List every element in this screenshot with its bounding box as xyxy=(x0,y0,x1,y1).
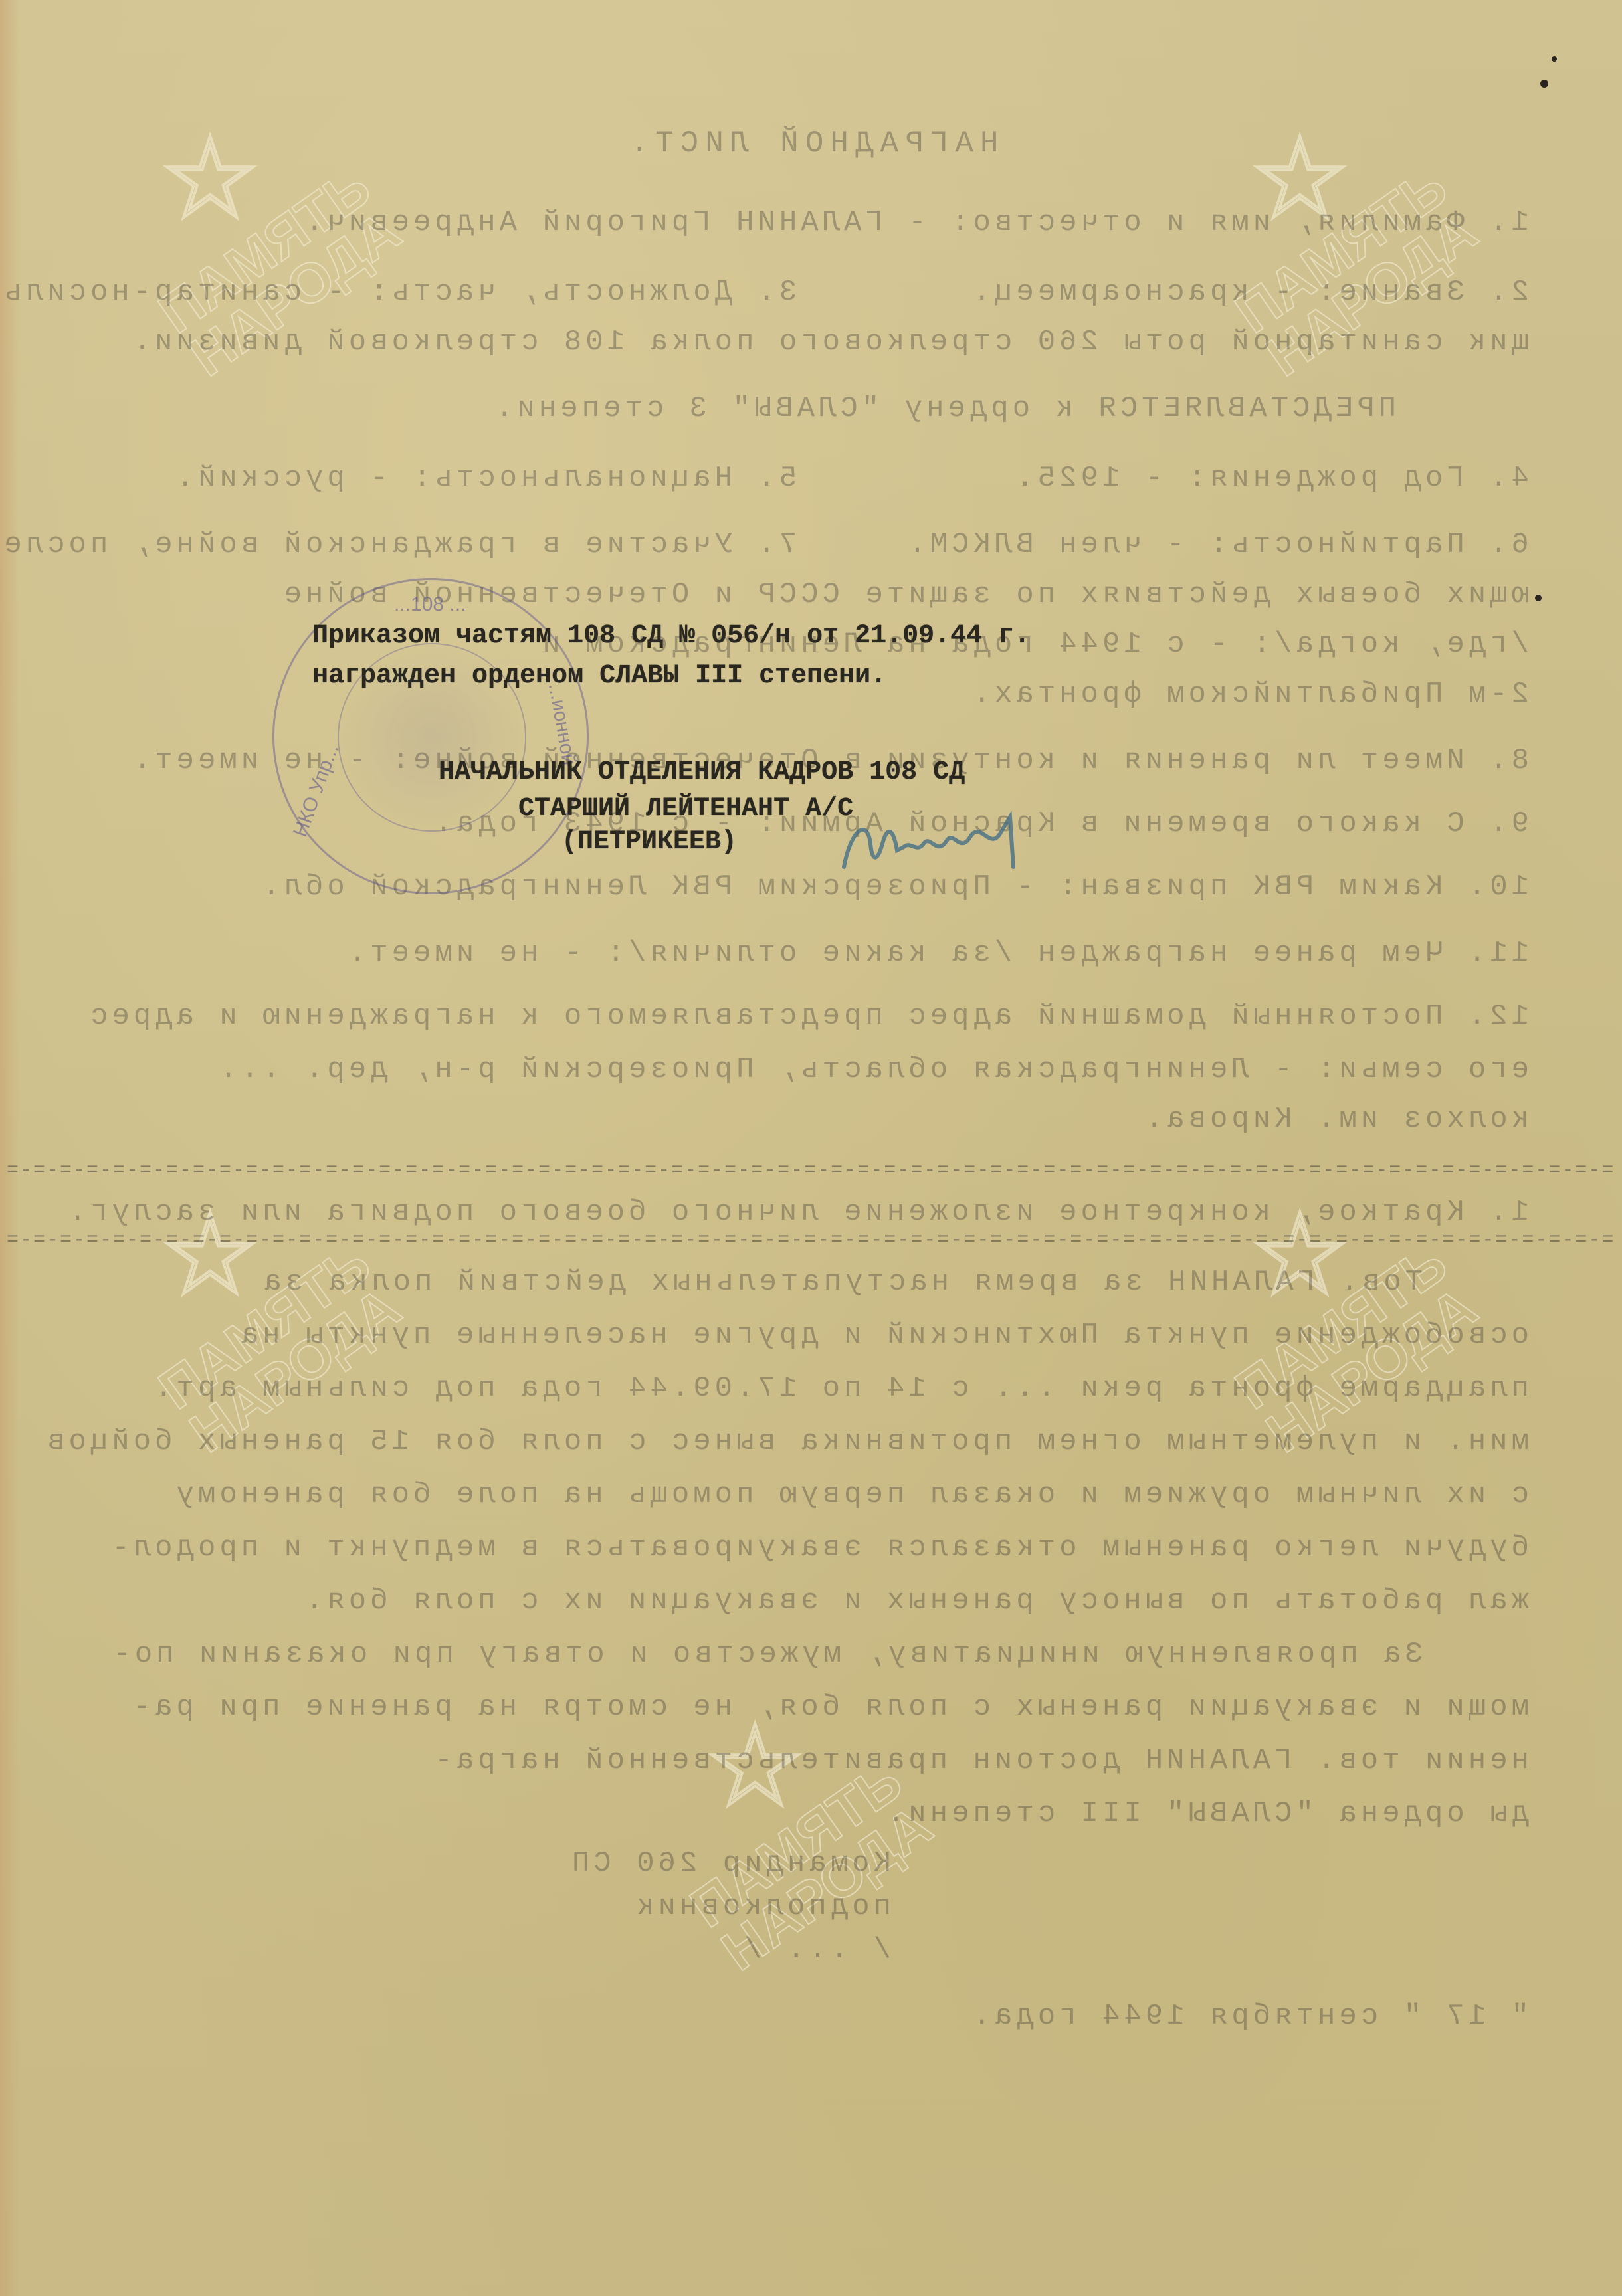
bleed-line: 4. Год рождения: - 1925. 5. Национальнос… xyxy=(173,462,1529,495)
separator-line: =-=-=-=-=-=-=-=-=-=-=-=-=-=-=-=-=-=-=-=-… xyxy=(7,1229,1615,1252)
bleed-line: освобождение пункта Пюхтинский и другие … xyxy=(237,1319,1529,1352)
bleed-line: 1. Фамилия, имя и отчество: - ГАЛАНИН Гр… xyxy=(302,206,1529,239)
bleed-line: За проявленную инициативу, мужество и от… xyxy=(109,1638,1423,1671)
bleed-line: " 17 " сентября 1944 года. xyxy=(969,2000,1529,2033)
bleed-line: 6. Партийность: - член ВЛКСМ. 7. Участие… xyxy=(0,528,1529,561)
paper-hole xyxy=(1535,595,1542,601)
bleed-line: жал работать по выносу раненых и эвакуац… xyxy=(302,1584,1529,1618)
bleed-line: / ... / xyxy=(740,1933,891,1966)
bleed-line: подполковник xyxy=(633,1890,891,1923)
bleed-line: ПРЕДСТАВЛЯЕТСЯ к ордену "СЛАВЫ" 3 степен… xyxy=(492,392,1396,425)
seal-text-right: ...ионной xyxy=(544,681,580,767)
signature-icon xyxy=(831,804,1030,877)
bleed-line: 11. Чем ранее награжден /за какие отличи… xyxy=(345,937,1529,970)
bleed-through-text: 1. Фамилия, имя и отчество: - ГАЛАНИН Гр… xyxy=(0,0,1622,2296)
bleed-line: мощи и эвакуации раненых с поля боя, не … xyxy=(130,1691,1529,1724)
bleed-line: его семьи: - Ленинградская область, Прио… xyxy=(215,1053,1529,1086)
bleed-line: плацдарме фронта реки ... с 14 по 17.09.… xyxy=(151,1372,1529,1405)
signer-title-1: НАЧАЛЬНИК ОТДЕЛЕНИЯ КАДРОВ 108 СД xyxy=(439,757,965,787)
bleed-line: 2-м Прибалтийском фронтах. xyxy=(969,678,1529,711)
award-order-line-2: награжден орденом СЛАВЫ III степени. xyxy=(312,661,886,691)
paper-hole xyxy=(1540,80,1548,88)
bleed-line: Командир 260 СП xyxy=(568,1847,891,1880)
bleed-line: мин. и пулеметным огнем противника вынес… xyxy=(43,1425,1529,1458)
paper-hole xyxy=(1552,56,1557,62)
bleed-line: ды ордена "СЛАВЫ" III степени. xyxy=(883,1797,1529,1830)
seal-text-left: НКО Упр... xyxy=(289,741,344,840)
bleed-line: Тов. ГАЛАНИН за время наступательных дей… xyxy=(260,1266,1423,1299)
bleed-line: с их личным оружием и оказал первую помо… xyxy=(173,1478,1529,1511)
bleed-line: нении тов. ГАЛАНИН достоин правительстве… xyxy=(431,1744,1529,1777)
signer-title-2: СТАРШИЙ ЛЕЙТЕНАНТ А/С xyxy=(518,794,853,824)
seal-text-top: ...108 ... xyxy=(394,593,466,616)
bleed-line: щик санитарной роты 260 стрелкового полк… xyxy=(130,326,1529,359)
award-order-line-1: Приказом частям 108 СД № 056/н от 21.09.… xyxy=(312,621,1030,651)
bleed-line: будучи легко раненым отказался эвакуиров… xyxy=(108,1531,1529,1565)
bleed-line: 2. Звание: - красноармеец. 3. Должность,… xyxy=(0,276,1529,309)
signer-name: (ПЕТРИКЕЕВ) xyxy=(561,827,737,857)
bleed-line: колхоз им. Кирова. xyxy=(1142,1103,1529,1136)
separator-line: =-=-=-=-=-=-=-=-=-=-=-=-=-=-=-=-=-=-=-=-… xyxy=(7,1159,1615,1182)
bleed-line: 1. Краткое, конкретное изложение личного… xyxy=(65,1196,1530,1229)
bleed-line: 12. Постоянный домашний адрес представля… xyxy=(86,1000,1529,1033)
